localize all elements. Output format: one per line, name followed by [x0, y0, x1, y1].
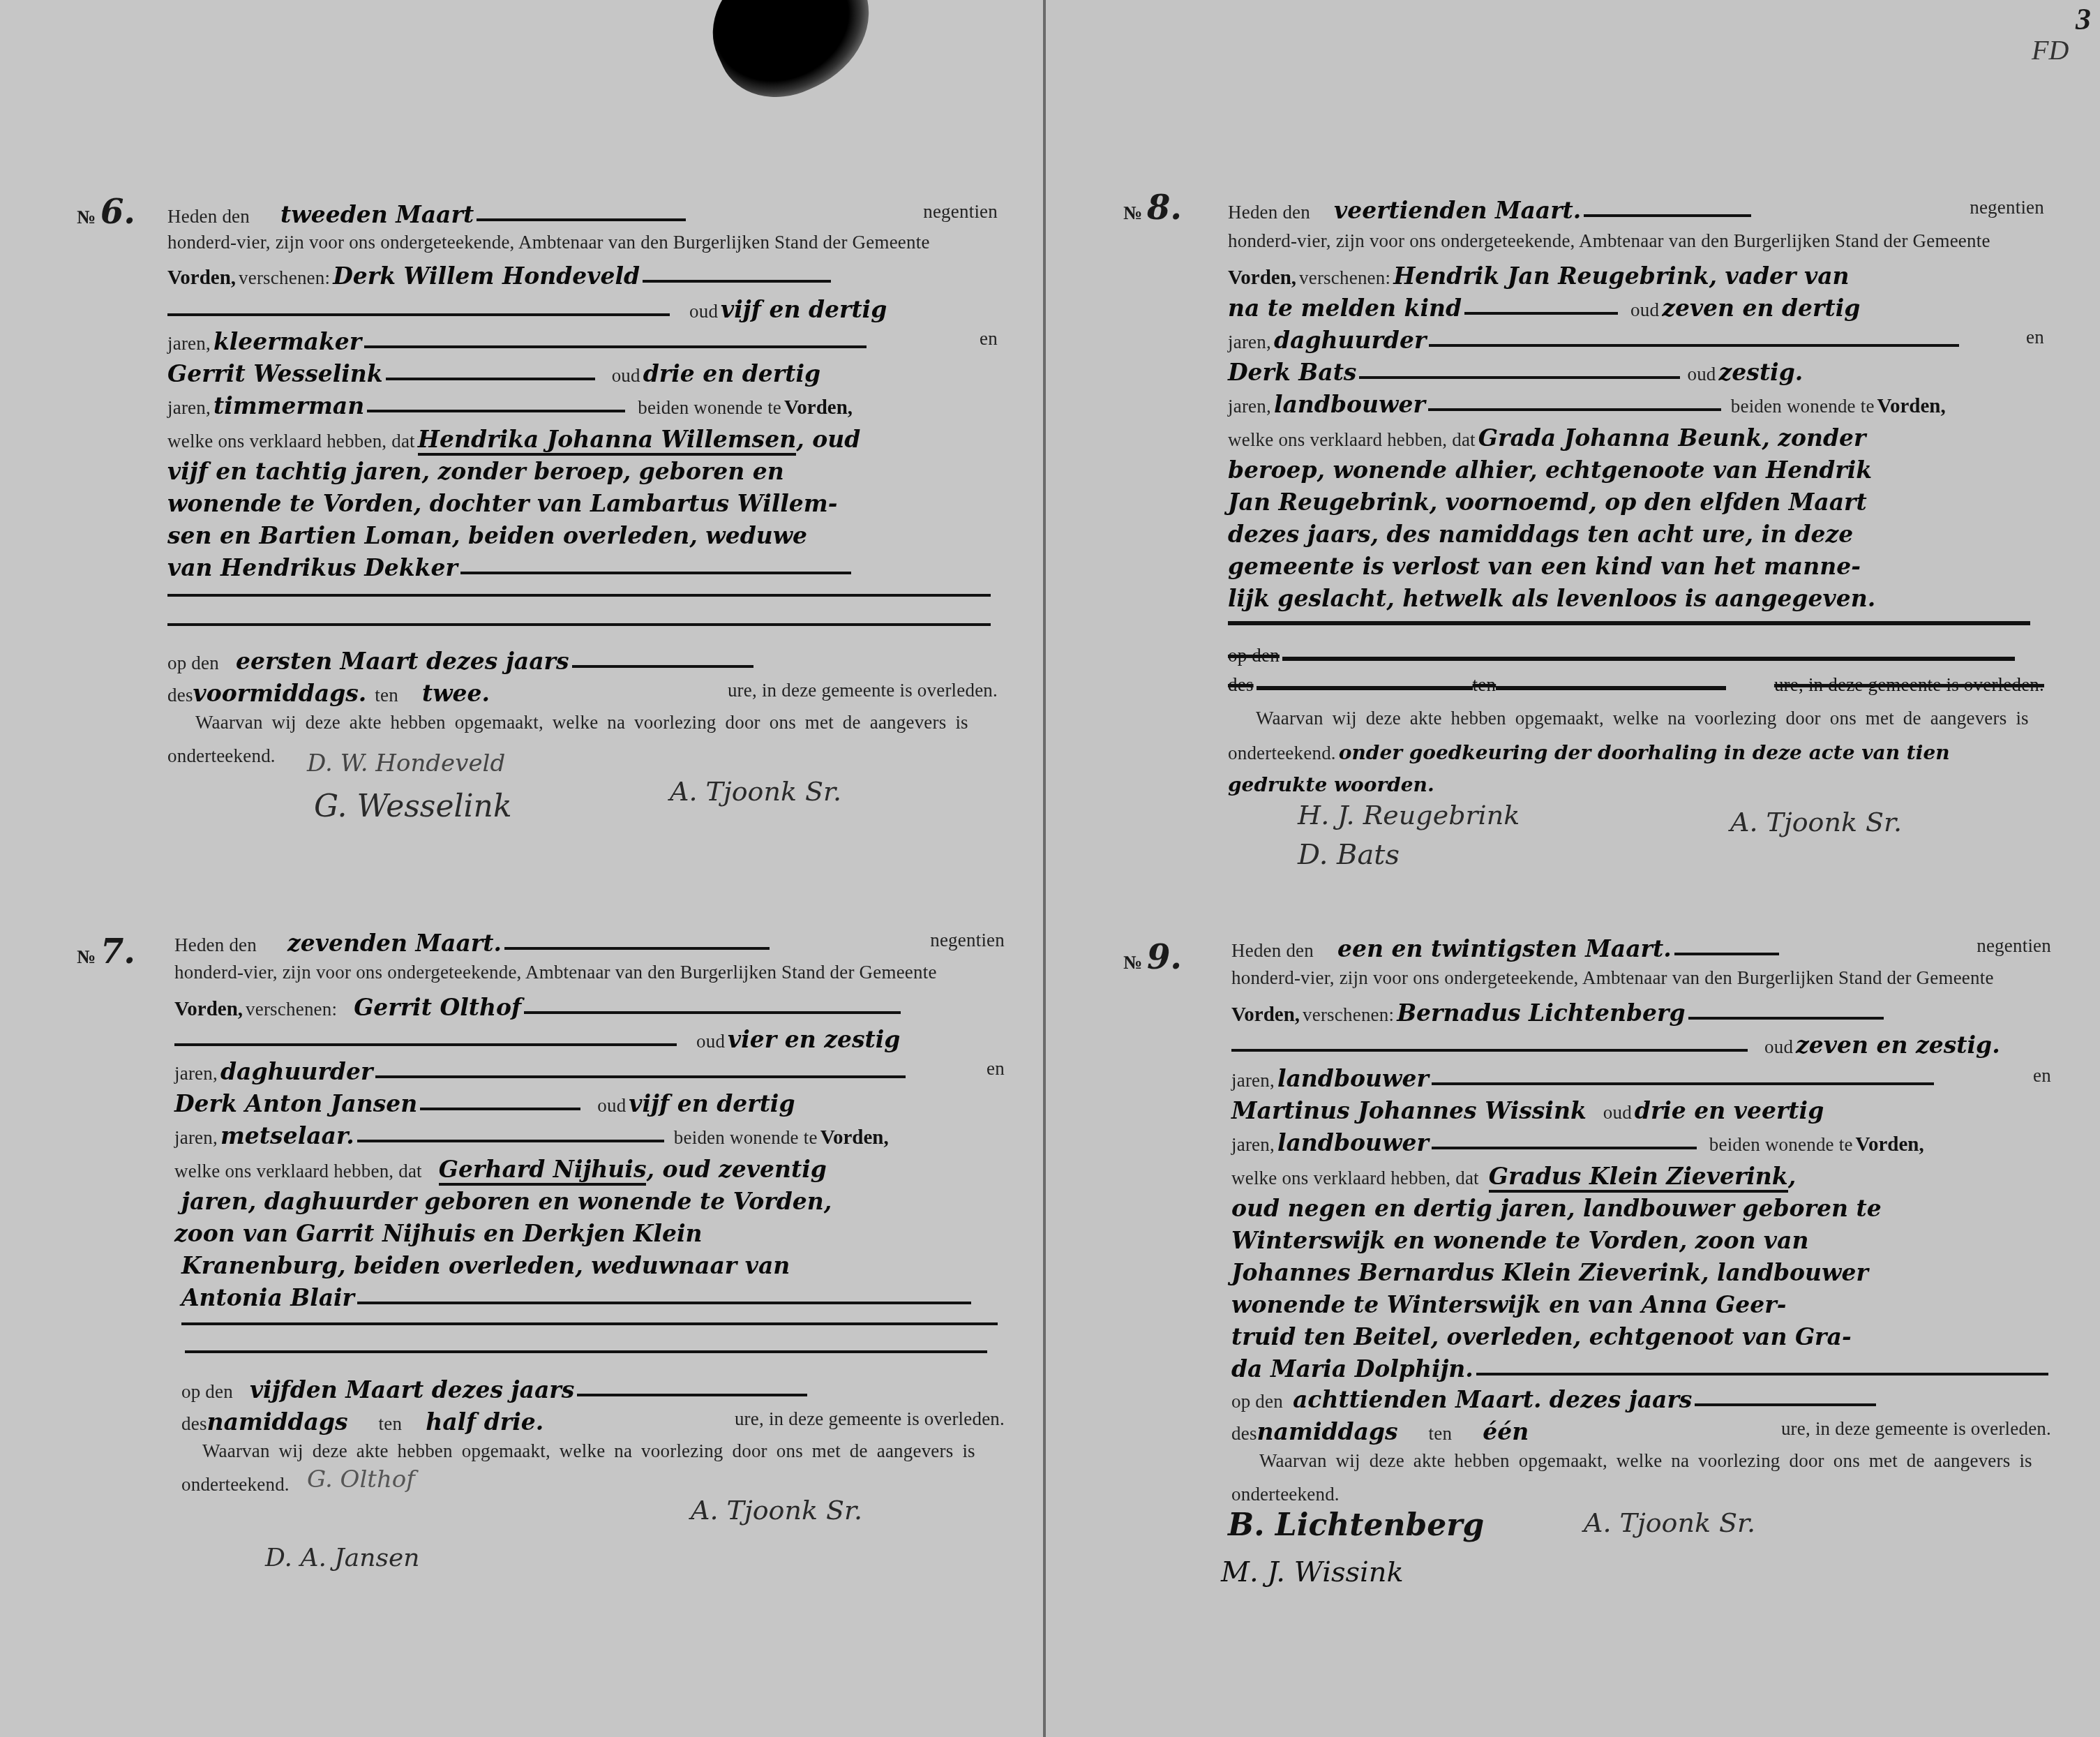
declarant1-name: Derk Willem Hondeveld — [333, 262, 640, 290]
declarant1-name-cont: na te melden kind — [1228, 295, 1462, 322]
label: jaren, — [1231, 1070, 1275, 1091]
struck-label: des — [1228, 674, 1254, 695]
declarant1-age: zeven en dertig — [1662, 295, 1860, 322]
deceased-detail: van Hendrikus Dekker — [167, 554, 458, 581]
deceased-detail: Jan Reugebrink, voornoemd, op den elfden… — [1228, 489, 2044, 519]
date-line: Heden den tweeden Maart negentien — [167, 201, 998, 232]
signature-declarant1: B. Lichtenberg — [1228, 1507, 1484, 1543]
label: op den — [167, 653, 219, 673]
municipality: Vorden, — [820, 1126, 889, 1149]
struck-label: op den — [1228, 645, 1280, 666]
preamble: honderd-vier, zijn voor ons ondergeteeke… — [167, 232, 930, 253]
deceased-detail-line: Antonia Blair — [181, 1284, 1005, 1315]
deceased-detail: jaren, daghuurder geboren en wonende te … — [181, 1188, 1005, 1218]
struck-label: ure, in deze gemeente is overleden. — [1774, 674, 2044, 696]
deceased-detail: wonende te Winterswijk en van Anna Geer- — [1231, 1291, 2051, 1322]
closing-text: Waarvan wij deze akte hebben opgemaakt, … — [195, 712, 968, 733]
deceased-detail: sen en Bartien Loman, beiden overleden, … — [167, 522, 998, 553]
fill-rule — [1476, 1373, 2048, 1376]
label: ten — [375, 685, 398, 706]
label: oud — [1687, 364, 1716, 385]
fill-rule — [460, 572, 851, 574]
label: jaren, — [1231, 1134, 1275, 1155]
death-hour: één — [1483, 1418, 1529, 1445]
fill-rule — [1432, 1147, 1697, 1149]
signed-line: onderteekend. — [167, 745, 998, 776]
age1-line: na te melden kind oud zeven en dertig — [1228, 295, 2044, 325]
label: en — [980, 328, 998, 350]
preamble-line: honderd-vier, zijn voor ons ondergeteeke… — [1228, 230, 2044, 261]
preamble-line: honderd-vier, zijn voor ons ondergeteeke… — [1231, 967, 2051, 998]
label: verschenen: — [239, 267, 330, 288]
declarant1-name: Hendrik Jan Reugebrink, vader van — [1393, 262, 1849, 290]
fill-rule — [167, 594, 991, 597]
label: op den — [181, 1381, 233, 1402]
label: onderteekend. — [167, 745, 276, 766]
label: ure, in deze gemeente is overleden. — [728, 680, 998, 701]
declarant2-age: drie en dertig — [643, 360, 820, 387]
fill-rule — [1231, 1049, 1748, 1052]
age1-line: oud zeven en zestig. — [1231, 1031, 2051, 1062]
death-record-8: № 8. Heden den veertienden Maart. negent… — [1123, 179, 2044, 877]
label: ure, in deze gemeente is overleden. — [1781, 1418, 2051, 1440]
fill-rule — [1228, 621, 2030, 625]
closing-text: Waarvan wij deze akte hebben opgemaakt, … — [1256, 708, 2029, 729]
preamble-line: honderd-vier, zijn voor ons ondergeteeke… — [167, 232, 998, 262]
blank-line — [185, 1345, 1005, 1376]
signature-declarant2: G. Wesselink — [314, 789, 512, 824]
death-date: vijfden Maart dezes jaars — [250, 1376, 574, 1403]
label: negentien — [1977, 935, 2051, 957]
deceased-name: Hendrika Johanna Willemsen — [418, 426, 796, 456]
municipality: Vorden, — [174, 998, 243, 1020]
fill-rule — [1432, 1082, 1934, 1085]
declarant1-line: Vorden, verschenen: Hendrik Jan Reugebri… — [1228, 262, 2044, 293]
label: verschenen: — [246, 999, 337, 1020]
death-date-line: op den eersten Maart dezes jaars — [167, 648, 998, 678]
fill-rule — [504, 947, 770, 950]
record-number: № 8. — [1123, 188, 1182, 228]
occupation2-line: jaren, timmerman beiden wonende te Vorde… — [167, 392, 998, 423]
deceased-detail: gemeente is verlost van een kind van het… — [1228, 553, 2044, 583]
deceased-detail: vijf en tachtig jaren, zonder beroep, ge… — [167, 458, 998, 489]
deceased-name: Gradus Klein Zieverink — [1489, 1163, 1788, 1193]
label: en — [2026, 327, 2044, 348]
label: onderteekend. — [181, 1474, 290, 1495]
page-number: 3 — [2076, 1, 2091, 37]
label: en — [987, 1058, 1005, 1080]
deceased-detail: Antonia Blair — [181, 1284, 354, 1311]
label: ten — [379, 1413, 403, 1434]
strike-rule — [1257, 686, 1473, 690]
declarant1-occupation: daghuurder — [1274, 327, 1426, 354]
date-line: Heden den veertienden Maart. negentien — [1228, 197, 2044, 228]
label: Heden den — [1228, 202, 1310, 223]
occupation1-line: jaren, kleermaker en — [167, 328, 998, 359]
preamble: honderd-vier, zijn voor ons ondergeteeke… — [1228, 230, 1990, 251]
declarant1-line: Vorden, verschenen: Gerrit Olthof — [174, 994, 1005, 1024]
deceased-detail: Johannes Bernardus Klein Zieverink, land… — [1231, 1259, 2051, 1290]
label: oud — [1764, 1036, 1793, 1057]
deceased-detail: da Maria Dolphijn. — [1231, 1355, 1473, 1382]
preamble: honderd-vier, zijn voor ons ondergeteeke… — [1231, 967, 1994, 988]
occupation1-line: jaren, daghuurder en — [1228, 327, 2044, 357]
label: verschenen: — [1303, 1004, 1394, 1025]
fill-rule — [477, 218, 686, 221]
label: welke ons verklaard hebben, dat — [167, 431, 415, 452]
deceased-detail: Winterswijk en wonende te Vorden, zoon v… — [1231, 1227, 2051, 1258]
deceased-detail: zoon van Garrit Nijhuis en Derkjen Klein — [174, 1220, 1005, 1251]
fill-rule — [364, 345, 867, 348]
blank-line — [167, 589, 998, 620]
fill-rule — [572, 665, 753, 668]
fill-rule — [167, 313, 670, 316]
death-time-line: desnamiddags ten één ure, in deze gemeen… — [1231, 1418, 2051, 1449]
deceased-detail: , — [1788, 1163, 1797, 1190]
declarant2-occupation: landbouwer — [1274, 391, 1425, 418]
label: des — [181, 1413, 207, 1434]
declarant2-name: Derk Bats — [1228, 359, 1356, 386]
death-record-9: № 9. Heden den een en twintigsten Maart.… — [1123, 928, 2051, 1626]
struck-death-time-line: des ten ure, in deze gemeente is overled… — [1228, 674, 2044, 705]
death-daypart: voormiddags. — [193, 680, 367, 707]
age1-line: oud vier en zestig — [174, 1026, 1005, 1057]
record-number-value: 8. — [1147, 188, 1182, 228]
closing-text: Waarvan wij deze akte hebben opgemaakt, … — [202, 1440, 975, 1461]
signed-line: onderteekend. — [181, 1474, 1005, 1505]
blank-line — [167, 618, 998, 649]
struck-death-date-line: op den — [1228, 645, 2044, 676]
occupation1-line: jaren, daghuurder en — [174, 1058, 1005, 1089]
label: oud — [597, 1095, 626, 1116]
death-hour: twee. — [422, 680, 490, 707]
declarant2-age: zestig. — [1719, 359, 1803, 386]
deceased-line: welke ons verklaard hebben, dat Hendrika… — [167, 426, 998, 456]
occupation2-line: jaren, landbouwer beiden wonende te Vord… — [1231, 1129, 2051, 1160]
label: jaren, — [174, 1063, 218, 1084]
municipality: Vorden, — [784, 396, 853, 419]
record-number: № 6. — [77, 193, 135, 232]
fill-rule — [357, 1140, 664, 1142]
declarant1-age: zeven en zestig. — [1796, 1031, 2000, 1059]
label: oud — [1630, 299, 1659, 320]
fill-rule — [1674, 953, 1779, 955]
fill-rule — [386, 378, 595, 380]
deceased-detail: beroep, wonende alhier, echtgenoote van … — [1228, 456, 2044, 487]
signature-declarant1: D. W. Hondeveld — [307, 750, 505, 777]
correction-note: onder goedkeuring der doorhaling in deze… — [1339, 741, 1950, 764]
declarant2-age: vijf en dertig — [629, 1090, 795, 1117]
signature-declarant2: D. A. Jansen — [265, 1544, 419, 1572]
death-time-line: desnamiddags ten half drie. ure, in deze… — [181, 1408, 1005, 1439]
fill-rule — [185, 1350, 987, 1353]
fill-rule — [420, 1108, 580, 1110]
record-number: № 9. — [1123, 938, 1182, 977]
number-label: № — [1123, 952, 1142, 973]
label: welke ons verklaard hebben, dat — [1231, 1168, 1479, 1188]
declarant1-name: Gerrit Olthof — [354, 994, 521, 1021]
occupation2-line: jaren, landbouwer beiden wonende te Vord… — [1228, 391, 2044, 422]
number-label: № — [1123, 202, 1142, 223]
deceased-detail: oud negen en dertig jaren, landbouwer ge… — [1231, 1195, 2051, 1225]
label: negentien — [1970, 197, 2044, 218]
closing-line: Waarvan wij deze akte hebben opgemaakt, … — [195, 712, 998, 743]
fill-rule — [577, 1394, 807, 1396]
declarant2-name: Martinus Johannes Wissink — [1231, 1097, 1587, 1124]
strike-rule — [1282, 657, 2015, 661]
signature-registrar: A. Tjoonk Sr. — [1730, 807, 1902, 837]
label: oud — [689, 301, 718, 322]
record-date: een en twintigsten Maart. — [1337, 935, 1672, 962]
record-number-value: 9. — [1147, 938, 1182, 977]
label: Heden den — [174, 934, 257, 955]
book-fold — [1043, 0, 1046, 1737]
signature-registrar: A. Tjoonk Sr. — [691, 1495, 862, 1526]
strike-rule — [1496, 686, 1726, 690]
deceased-detail: dezes jaars, des namiddags ten acht ure,… — [1228, 521, 2044, 551]
signature-declarant1: H. J. Reugebrink — [1298, 800, 1520, 830]
fill-rule — [357, 1302, 971, 1304]
death-daypart: namiddags — [207, 1408, 348, 1436]
declarant2-occupation: metselaar. — [220, 1122, 354, 1149]
deceased-detail: , oud — [796, 426, 860, 453]
declarant2-name: Gerrit Wesselink — [167, 360, 383, 387]
record-number-value: 6. — [100, 193, 135, 232]
fill-rule — [1359, 376, 1680, 379]
label: jaren, — [167, 397, 211, 418]
fill-rule — [174, 1043, 677, 1046]
fill-rule — [1695, 1403, 1876, 1406]
declarant1-occupation: daghuurder — [220, 1058, 373, 1085]
fill-rule — [375, 1075, 906, 1078]
declarant1-age: vijf en dertig — [721, 296, 887, 323]
fill-rule — [167, 623, 991, 626]
label: jaren, — [167, 333, 211, 354]
municipality: Vorden, — [1877, 395, 1946, 417]
declarant1-occupation: kleermaker — [213, 328, 361, 355]
fill-rule — [524, 1011, 901, 1014]
declarant2-occupation: landbouwer — [1277, 1129, 1429, 1156]
municipality: Vorden, — [167, 267, 236, 289]
fill-rule — [1688, 1017, 1884, 1020]
preamble-line: honderd-vier, zijn voor ons ondergeteeke… — [174, 962, 1005, 992]
signed-line: onderteekend. onder goedkeuring der door… — [1228, 741, 2044, 772]
blank-line — [1228, 617, 2044, 648]
label: oud — [1603, 1102, 1632, 1123]
label: welke ons verklaard hebben, dat — [174, 1161, 422, 1181]
declarant2-age: drie en veertig — [1635, 1097, 1824, 1124]
municipality: Vorden, — [1856, 1133, 1924, 1156]
fill-rule — [1464, 312, 1618, 315]
deceased-detail: truid ten Beitel, overleden, echtgenoot … — [1231, 1323, 2051, 1354]
deceased-line: welke ons verklaard hebben, dat Gradus K… — [1231, 1163, 2051, 1193]
record-date: veertienden Maart. — [1334, 197, 1581, 224]
deceased-detail-line: da Maria Dolphijn. — [1231, 1355, 2051, 1386]
occupation2-line: jaren, metselaar. beiden wonende te Vord… — [174, 1122, 1005, 1153]
label: ure, in deze gemeente is overleden. — [735, 1408, 1005, 1430]
closing-line: Waarvan wij deze akte hebben opgemaakt, … — [1259, 1450, 2051, 1481]
label: welke ons verklaard hebben, dat — [1228, 429, 1476, 450]
struck-label: ten — [1473, 674, 1497, 695]
label: jaren, — [1228, 331, 1271, 352]
deceased-detail: , zonder — [1762, 424, 1866, 452]
deceased-detail-line: van Hendrikus Dekker — [167, 554, 998, 585]
archivist-initials: FD — [2032, 33, 2069, 66]
occupation1-line: jaren, landbouwer en — [1231, 1065, 2051, 1096]
deceased-detail: , oud zeventig — [646, 1156, 826, 1183]
declarant1-age: vier en zestig — [728, 1026, 900, 1053]
declarant2-line: Gerrit Wesselink oud drie en dertig — [167, 360, 998, 391]
label: jaren, — [1228, 396, 1271, 417]
municipality: Vorden, — [1228, 267, 1296, 289]
label: Heden den — [167, 206, 250, 227]
label: Heden den — [1231, 940, 1314, 961]
death-date: eersten Maart dezes jaars — [236, 648, 569, 675]
deceased-name: Grada Johanna Beunk — [1478, 424, 1762, 452]
record-number: № 7. — [77, 932, 135, 971]
label: beiden wonende te — [1731, 396, 1875, 417]
deceased-detail: lijk geslacht, hetwelk als levenloos is … — [1228, 585, 2044, 616]
label: negentien — [930, 930, 1005, 951]
label: beiden wonende te — [638, 397, 781, 418]
label: onderteekend. — [1228, 743, 1336, 763]
fill-rule — [643, 280, 831, 283]
label: jaren, — [174, 1127, 218, 1148]
fill-rule — [1584, 214, 1751, 217]
label: ten — [1429, 1423, 1453, 1444]
signature-registrar: A. Tjoonk Sr. — [670, 776, 841, 807]
preamble: honderd-vier, zijn voor ons ondergeteeke… — [174, 962, 937, 983]
fill-rule — [181, 1322, 998, 1325]
label: en — [2033, 1065, 2051, 1087]
deceased-detail: Kranenburg, beiden overleden, weduwnaar … — [181, 1252, 1005, 1283]
declarant1-occupation: landbouwer — [1277, 1065, 1429, 1092]
declarant1-name: Bernadus Lichtenberg — [1397, 999, 1685, 1027]
label: onderteekend. — [1231, 1484, 1340, 1505]
label: oud — [612, 365, 640, 386]
death-record-6: № 6. Heden den tweeden Maart negentien h… — [77, 183, 998, 797]
fill-rule — [1429, 344, 1959, 347]
declarant2-occupation: timmerman — [213, 392, 364, 419]
fill-rule — [1428, 408, 1721, 411]
death-hour: half drie. — [426, 1408, 543, 1436]
label: verschenen: — [1299, 267, 1390, 288]
deceased-line: welke ons verklaard hebben, dat Grada Jo… — [1228, 424, 2044, 455]
deceased-detail: wonende te Vorden, dochter van Lambartus… — [167, 490, 998, 521]
date-line: Heden den zevenden Maart. negentien — [174, 930, 1005, 960]
label: beiden wonende te — [674, 1127, 818, 1148]
declarant2-line: Derk Bats oud zestig. — [1228, 359, 2044, 389]
label: des — [1231, 1423, 1257, 1444]
deceased-name: Gerhard Nijhuis — [439, 1156, 647, 1186]
label: negentien — [923, 201, 998, 223]
signature-declarant2: D. Bats — [1298, 839, 1400, 871]
signature-declarant1: G. Olthof — [307, 1466, 415, 1493]
closing-line: Waarvan wij deze akte hebben opgemaakt, … — [1256, 708, 2044, 738]
closing-text: Waarvan wij deze akte hebben opgemaakt, … — [1259, 1450, 2032, 1471]
death-date: achttienden Maart. dezes jaars — [1293, 1386, 1692, 1413]
number-label: № — [77, 207, 96, 228]
declarant1-line: Vorden, verschenen: Derk Willem Hondevel… — [167, 262, 998, 293]
fill-rule — [367, 410, 625, 412]
death-record-7: № 7. Heden den zevenden Maart. negentien… — [77, 923, 1005, 1620]
deceased-line: welke ons verklaard hebben, dat Gerhard … — [174, 1156, 1005, 1186]
number-label: № — [77, 946, 96, 967]
record-date: tweeden Maart — [280, 201, 474, 228]
death-date-line: op den achttienden Maart. dezes jaars — [1231, 1386, 2051, 1417]
date-line: Heden den een en twintigsten Maart. nege… — [1231, 935, 2051, 966]
label: des — [167, 685, 193, 706]
municipality: Vorden, — [1231, 1004, 1300, 1026]
record-date: zevenden Maart. — [287, 930, 502, 957]
blank-line — [181, 1318, 1005, 1348]
death-date-line: op den vijfden Maart dezes jaars — [181, 1376, 1005, 1407]
death-daypart: namiddags — [1257, 1418, 1398, 1445]
label: op den — [1231, 1391, 1283, 1412]
declarant1-line: Vorden, verschenen: Bernadus Lichtenberg — [1231, 999, 2051, 1030]
declarant2-line: Derk Anton Jansen oud vijf en dertig — [174, 1090, 1005, 1121]
record-number-value: 7. — [100, 932, 135, 971]
age1-line: oud vijf en dertig — [167, 296, 998, 327]
label: beiden wonende te — [1709, 1134, 1853, 1155]
signature-declarant2: M. J. Wissink — [1221, 1556, 1404, 1588]
label: oud — [696, 1031, 725, 1052]
declarant2-name: Derk Anton Jansen — [174, 1090, 417, 1117]
death-time-line: desvoormiddags. ten twee. ure, in deze g… — [167, 680, 998, 710]
signature-registrar: A. Tjoonk Sr. — [1584, 1507, 1755, 1538]
declarant2-line: Martinus Johannes Wissink oud drie en ve… — [1231, 1097, 2051, 1128]
